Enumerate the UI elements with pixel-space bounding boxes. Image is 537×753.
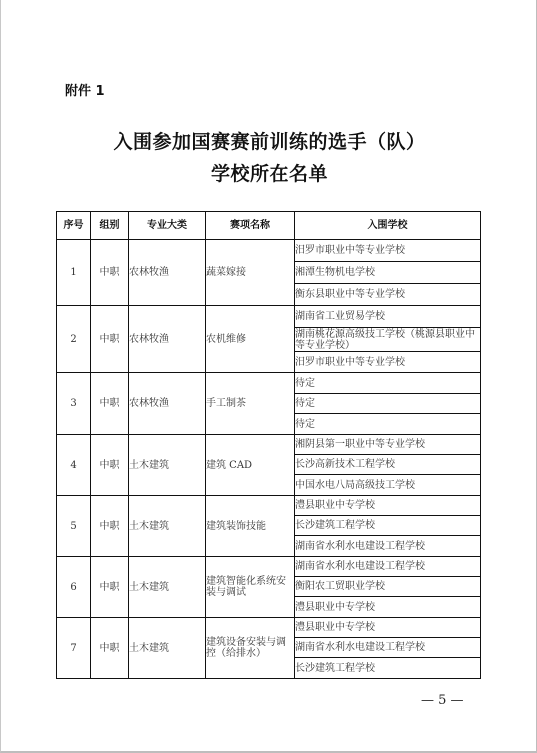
school-name: 长沙建筑工程学校 bbox=[295, 516, 481, 536]
school-name: 湖南省工业贸易学校 bbox=[295, 306, 481, 328]
row-group: 中职 bbox=[91, 240, 129, 306]
row-number: 3 bbox=[57, 373, 91, 435]
document-title-line2: 学校所在名单 bbox=[1, 159, 537, 186]
school-list-table: 序号 组别 专业大类 赛项名称 入围学校 1中职农林牧渔蔬菜嫁接汨罗市职业中等专… bbox=[56, 211, 481, 679]
attachment-label: 附件 1 bbox=[65, 80, 105, 99]
row-category: 土木建筑 bbox=[129, 435, 206, 496]
table-row: 1中职农林牧渔蔬菜嫁接汨罗市职业中等专业学校 bbox=[57, 240, 481, 262]
school-name: 湖南省水利水电建设工程学校 bbox=[295, 638, 481, 658]
table-row: 4中职土木建筑建筑 CAD湘阴县第一职业中等专业学校 bbox=[57, 435, 481, 455]
table-row: 3中职农林牧渔手工制茶待定 bbox=[57, 373, 481, 394]
table-row: 2中职农林牧渔农机维修湖南省工业贸易学校 bbox=[57, 306, 481, 328]
row-event: 农机维修 bbox=[206, 306, 295, 373]
row-number: 5 bbox=[57, 496, 91, 557]
row-event: 蔬菜嫁接 bbox=[206, 240, 295, 306]
row-group: 中职 bbox=[91, 618, 129, 679]
school-name: 湘阴县第一职业中等专业学校 bbox=[295, 435, 481, 455]
school-name: 长沙高新技术工程学校 bbox=[295, 455, 481, 475]
row-number: 2 bbox=[57, 306, 91, 373]
school-name: 澧县职业中专学校 bbox=[295, 597, 481, 618]
school-name: 汨罗市职业中等专业学校 bbox=[295, 352, 481, 373]
school-name: 湘潭生物机电学校 bbox=[295, 262, 481, 284]
row-event: 建筑智能化系统安装与调试 bbox=[206, 557, 295, 618]
row-number: 7 bbox=[57, 618, 91, 679]
row-group: 中职 bbox=[91, 373, 129, 435]
header-event: 赛项名称 bbox=[206, 212, 295, 240]
row-category: 农林牧渔 bbox=[129, 306, 206, 373]
row-category: 土木建筑 bbox=[129, 496, 206, 557]
row-category: 土木建筑 bbox=[129, 618, 206, 679]
row-group: 中职 bbox=[91, 557, 129, 618]
header-category: 专业大类 bbox=[129, 212, 206, 240]
school-name: 衡东县职业中等专业学校 bbox=[295, 284, 481, 306]
school-name: 长沙建筑工程学校 bbox=[295, 658, 481, 679]
row-group: 中职 bbox=[91, 496, 129, 557]
row-category: 土木建筑 bbox=[129, 557, 206, 618]
row-event: 建筑设备安装与调控（给排水） bbox=[206, 618, 295, 679]
school-name: 待定 bbox=[295, 373, 481, 394]
document-page: 附件 1 入围参加国赛赛前训练的选手（队） 学校所在名单 序号 组别 专业大类 … bbox=[0, 0, 537, 753]
table-row: 7中职土木建筑建筑设备安装与调控（给排水）澧县职业中专学校 bbox=[57, 618, 481, 638]
row-number: 1 bbox=[57, 240, 91, 306]
school-name: 待定 bbox=[295, 414, 481, 435]
row-number: 4 bbox=[57, 435, 91, 496]
school-name: 待定 bbox=[295, 394, 481, 414]
school-name: 湖南省水利水电建设工程学校 bbox=[295, 557, 481, 577]
header-schools: 入围学校 bbox=[295, 212, 481, 240]
table-row: 6中职土木建筑建筑智能化系统安装与调试湖南省水利水电建设工程学校 bbox=[57, 557, 481, 577]
school-name: 澧县职业中专学校 bbox=[295, 618, 481, 638]
document-title-line1: 入围参加国赛赛前训练的选手（队） bbox=[1, 127, 537, 154]
school-name: 湖南省水利水电建设工程学校 bbox=[295, 536, 481, 557]
table-header-row: 序号 组别 专业大类 赛项名称 入围学校 bbox=[57, 212, 481, 240]
row-event: 建筑 CAD bbox=[206, 435, 295, 496]
school-name: 汨罗市职业中等专业学校 bbox=[295, 240, 481, 262]
row-number: 6 bbox=[57, 557, 91, 618]
header-group: 组别 bbox=[91, 212, 129, 240]
row-event: 建筑装饰技能 bbox=[206, 496, 295, 557]
row-group: 中职 bbox=[91, 435, 129, 496]
school-name: 澧县职业中专学校 bbox=[295, 496, 481, 516]
school-name: 衡阳农工贸职业学校 bbox=[295, 577, 481, 597]
table-row: 5中职土木建筑建筑装饰技能澧县职业中专学校 bbox=[57, 496, 481, 516]
row-event: 手工制茶 bbox=[206, 373, 295, 435]
school-name: 湖南桃花源高级技工学校（桃源县职业中等专业学校） bbox=[295, 328, 481, 352]
page-number: — 5 — bbox=[421, 693, 464, 708]
header-no: 序号 bbox=[57, 212, 91, 240]
row-group: 中职 bbox=[91, 306, 129, 373]
row-category: 农林牧渔 bbox=[129, 373, 206, 435]
school-name: 中国水电八局高级技工学校 bbox=[295, 475, 481, 496]
row-category: 农林牧渔 bbox=[129, 240, 206, 306]
